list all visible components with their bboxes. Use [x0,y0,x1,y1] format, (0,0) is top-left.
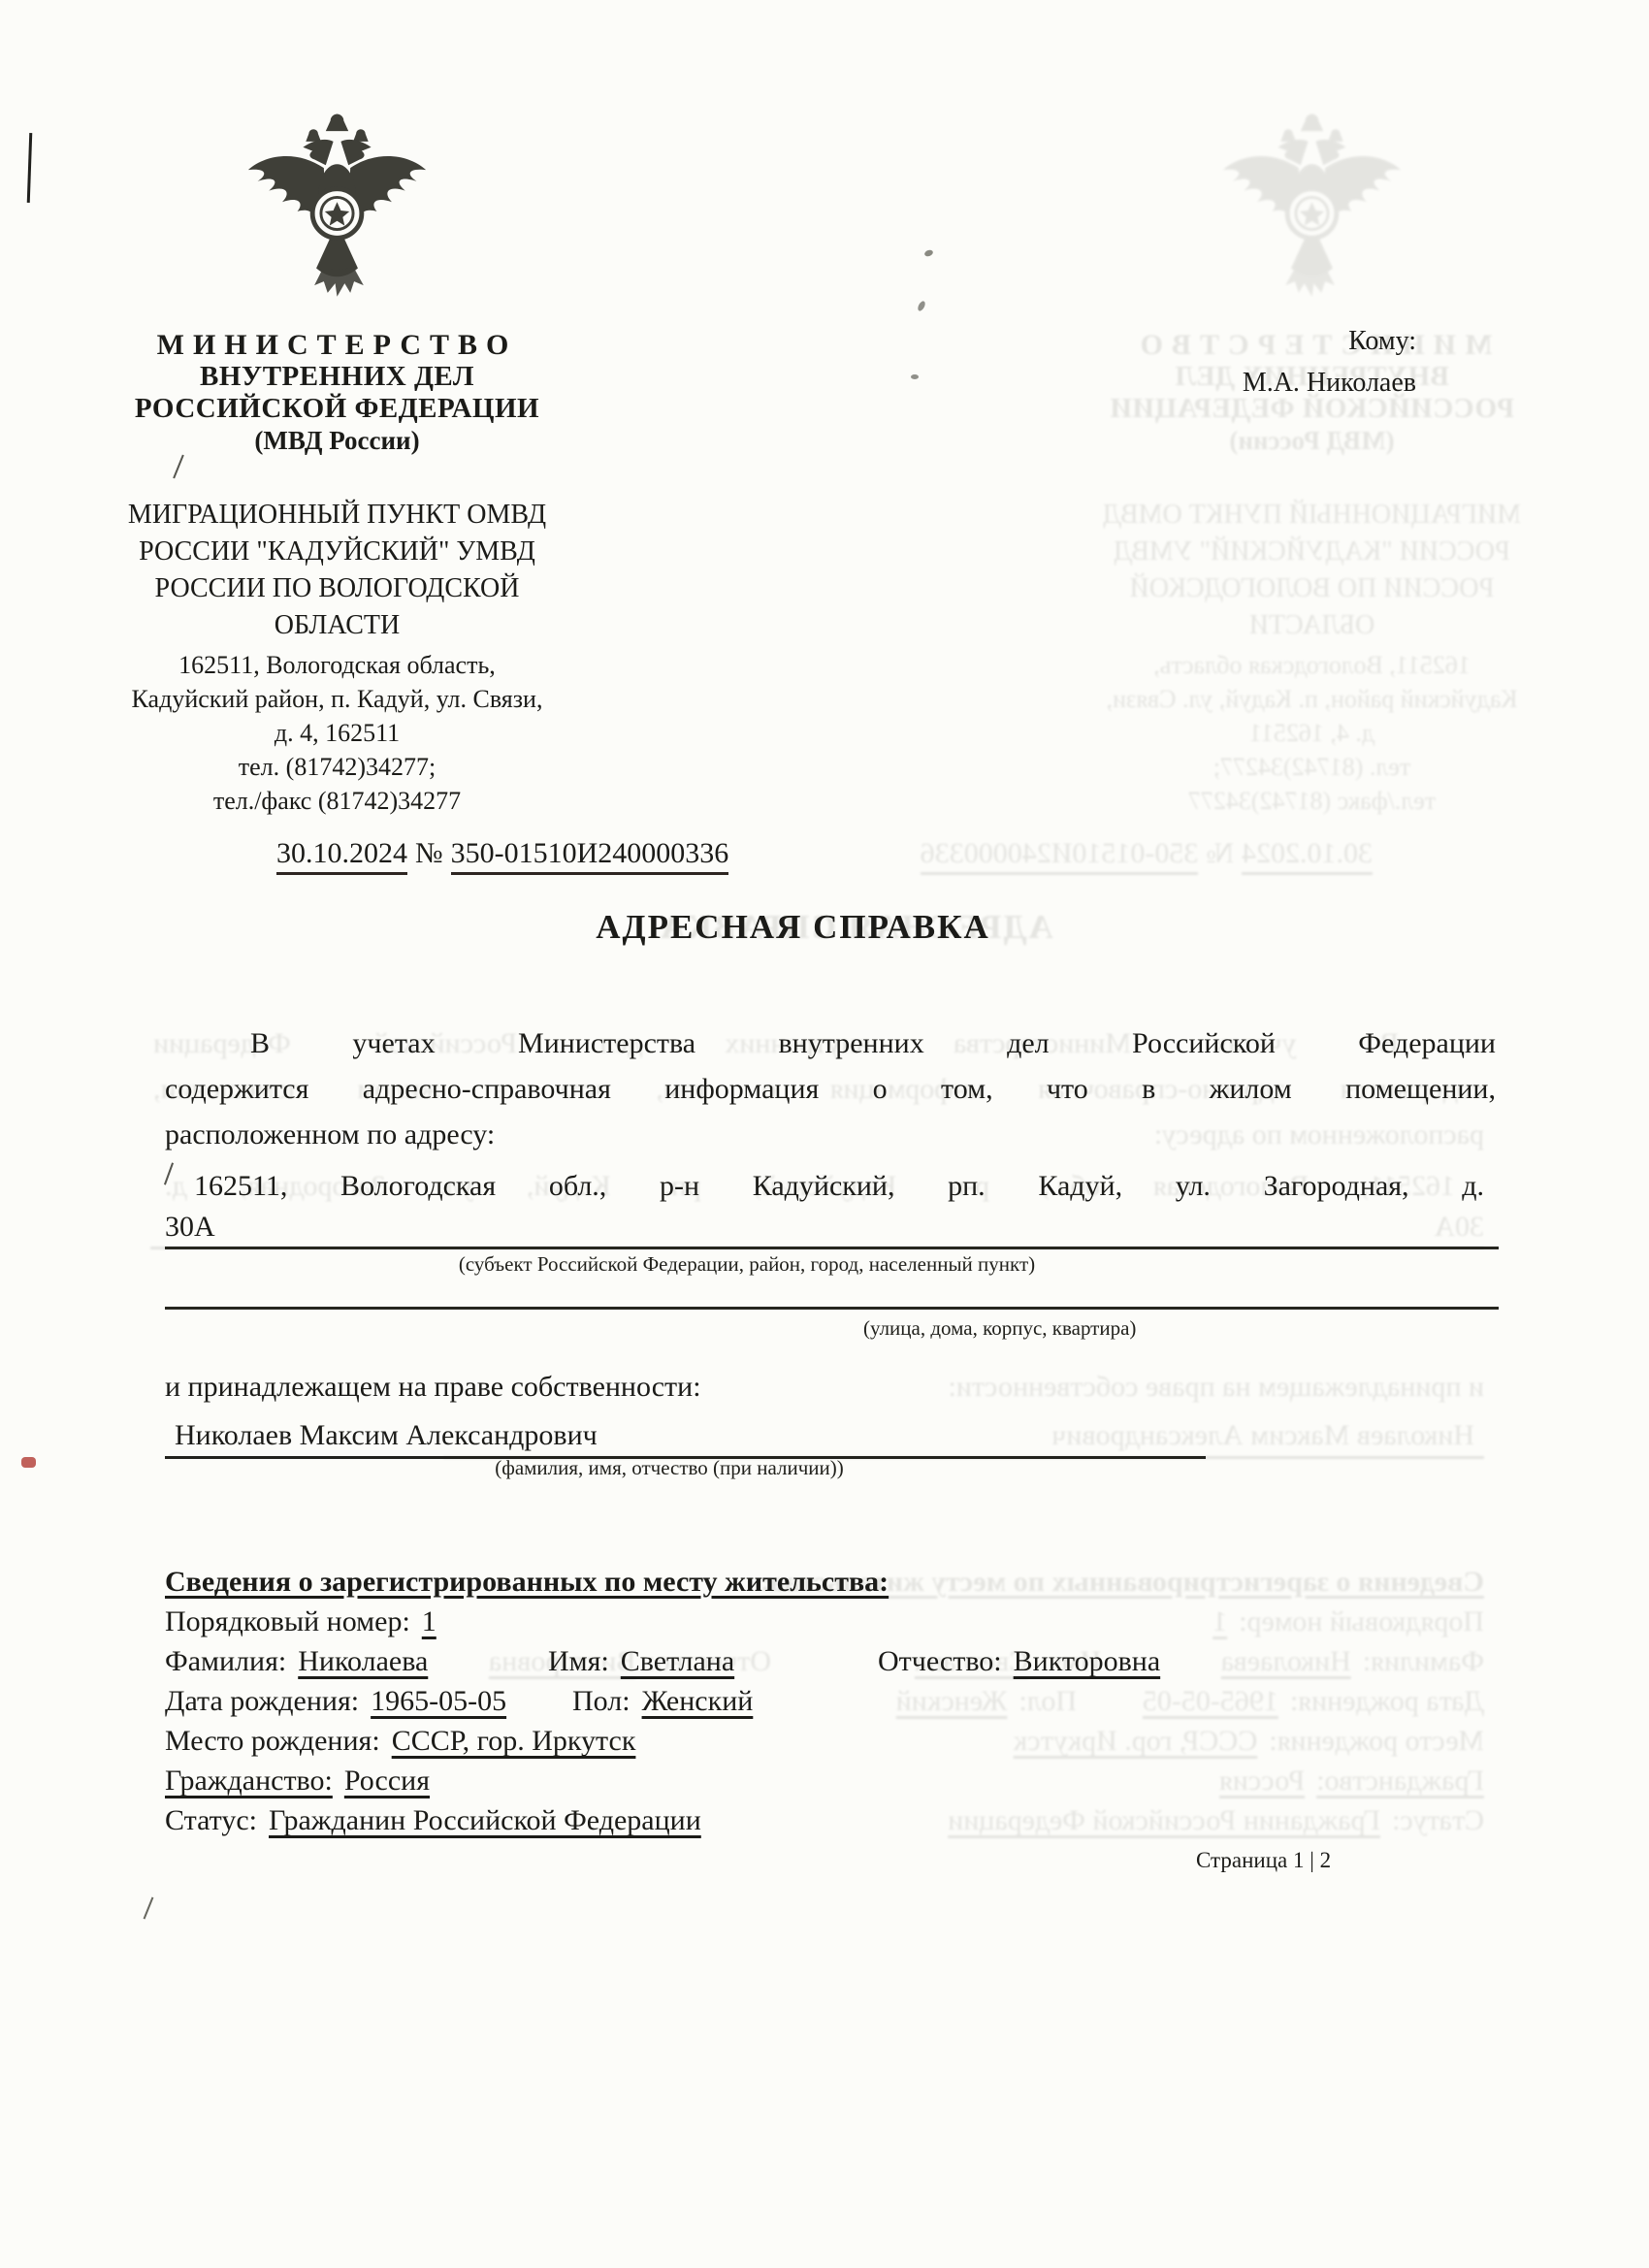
contact-line: тел. (81742)34277; [92,750,582,784]
department-contacts: 162511, Вологодская область, Кадуйский р… [92,648,582,818]
field-value: СССР, гор. Иркутск [392,1725,636,1757]
field-citizenship: Гражданство:Россия [165,1765,1503,1804]
field-label: Отчество: [878,1645,1002,1677]
contact-line: д. 4, 162511 [92,716,582,750]
ministry-name: МИНИСТЕРСТВО ВНУТРЕННИХ ДЕЛ РОССИЙСКОЙ Ф… [92,329,582,456]
bleed-department-line: РОССИИ ПО ВОЛОГОДСКОЙ [1067,570,1557,607]
scan-artifact-edge-line [27,133,33,203]
ministry-line: МИНИСТЕРСТВО [92,329,582,361]
bleed-ministry-line: (МВД России) [1067,425,1557,456]
field-label: Фамилия: [165,1645,286,1677]
field-label: Имя: [548,1645,609,1677]
ministry-line: (МВД России) [92,425,582,456]
ministry-line: ВНУТРЕННИХ ДЕЛ [92,361,582,393]
bleed-ref-date: 30.10.2024 [1242,837,1373,875]
field-ordinal: Порядковый номер:1 [165,1605,1503,1645]
mvd-double-headed-eagle-icon [242,107,432,318]
recipient-block: Кому: М.А. Николаев [1067,320,1416,404]
field-birthplace: Место рождения:СССР, гор. Иркутск [165,1725,1503,1765]
letterhead: МИНИСТЕРСТВО ВНУТРЕННИХ ДЕЛ РОССИЙСКОЙ Ф… [92,97,582,818]
scan-artifact-speck [911,374,919,379]
intro-line: расположенном по адресу: [165,1112,1496,1157]
address-value-line2: 30А [165,1211,1499,1249]
bleed-contact-line: тел./факс (81742)34277 [1067,784,1557,818]
department-line: МИГРАЦИОННЫЙ ПУНКТ ОМВД [92,497,582,534]
ministry-line: РОССИЙСКОЙ ФЕДЕРАЦИИ [92,393,582,425]
reference-number-line: 30.10.2024№350-01510И240000336 [276,837,728,870]
bleed-contact-line: Кадуйский район, п. Кадуй, ул. Связи, [1067,682,1557,716]
scan-artifact-slash [164,1162,174,1184]
issuing-department: МИГРАЦИОННЫЙ ПУНКТ ОМВД РОССИИ "КАДУЙСКИ… [92,497,582,644]
bleed-department-line: МИГРАЦИОННЫЙ ПУНКТ ОМВД [1067,497,1557,534]
field-fio-row: Фамилия:Николаева Имя:Светлана Отчество:… [165,1645,1503,1685]
field-value: Россия [344,1765,430,1797]
field-value: Светлана [621,1645,734,1677]
scan-artifact-speck [923,249,934,258]
field-label: Пол: [572,1685,630,1717]
field-status: Статус:Гражданин Российской Федерации [165,1804,1503,1844]
department-line: РОССИИ "КАДУЙСКИЙ" УМВД [92,534,582,570]
scan-artifact-slash [144,1896,154,1919]
ref-number: 350-01510И240000336 [451,837,729,875]
recipient-label: Кому: [1067,320,1416,362]
field-label: Гражданство: [165,1765,333,1797]
field-value: Викторовна [1014,1645,1161,1677]
bleed-ref-number: 350-01510И240000336 [921,837,1199,875]
contact-line: 162511, Вологодская область, [92,648,582,682]
field-label: Порядковый номер: [165,1605,410,1637]
field-birth-row: Дата рождения:1965-05-05 Пол:Женский [165,1685,1503,1725]
intro-paragraph: В учетах Министерства внутренних дел Рос… [165,1021,1496,1157]
field-value: 1 [422,1605,436,1637]
blank-street-line [165,1307,1499,1310]
page-title: АДРЕСНАЯ СПРАВКА [165,908,1421,947]
address-caption-street: (улица, дома, корпус, квартира) [863,1316,1136,1341]
bleed-department-line: РОССИИ "КАДУЙСКИЙ" УМВД [1067,534,1557,570]
field-value: Гражданин Российской Федерации [269,1804,701,1836]
bleed-contact-line: тел. (81742)34277; [1067,750,1557,784]
recipient-name: М.А. Николаев [1067,362,1416,404]
ownership-label: и принадлежащем на праве собственности: [165,1371,701,1404]
address-caption-region: (субъект Российской Федерации, район, го… [165,1252,1329,1277]
page-number: Страница 1 | 2 [1196,1848,1331,1873]
bleed-ownership-label: и принадлежащем на праве собственности: [948,1371,1484,1404]
address-value-line1: 162511, Вологодская обл., р-н Кадуйский,… [194,1170,1484,1203]
bleed-ref-sign: № [1206,837,1234,869]
department-line: РОССИИ ПО ВОЛОГОДСКОЙ [92,570,582,607]
intro-line: содержится адресно-справочная информация… [165,1066,1496,1112]
contact-line: Кадуйский район, п. Кадуй, ул. Связи, [92,682,582,716]
scan-artifact-speck [917,300,926,312]
ref-date: 30.10.2024 [276,837,407,875]
owner-name: Николаев Максим Александрович [165,1419,1206,1459]
contact-line: тел./факс (81742)34277 [92,784,582,818]
bleed-department-line: ОБЛАСТИ [1067,607,1557,644]
owner-caption: (фамилия, имя, отчество (при наличии)) [165,1456,1174,1480]
field-label: Дата рождения: [165,1685,359,1717]
residents-section: Сведения о зарегистрированных по месту ж… [165,1566,1503,1844]
department-line: ОБЛАСТИ [92,607,582,644]
field-value: Николаева [298,1645,428,1677]
scan-artifact-red-mark [21,1457,36,1468]
field-label: Место рождения: [165,1725,380,1757]
residents-heading: Сведения о зарегистрированных по месту ж… [165,1566,1503,1605]
ref-number-sign: № [415,837,443,869]
bleed-contact-line: д. 4, 162511 [1067,716,1557,750]
mvd-emblem-bleed [1217,107,1406,318]
field-value: Женский [642,1685,754,1717]
field-label: Статус: [165,1804,257,1836]
field-value: 1965-05-05 [371,1685,506,1717]
scanned-document-page: МИНИСТЕРСТВО ВНУТРЕННИХ ДЕЛ РОССИЙСКОЙ Ф… [0,0,1649,2268]
intro-line: В учетах Министерства внутренних дел Рос… [165,1021,1496,1066]
bleed-contact-line: 162511, Вологодская область, [1067,648,1557,682]
